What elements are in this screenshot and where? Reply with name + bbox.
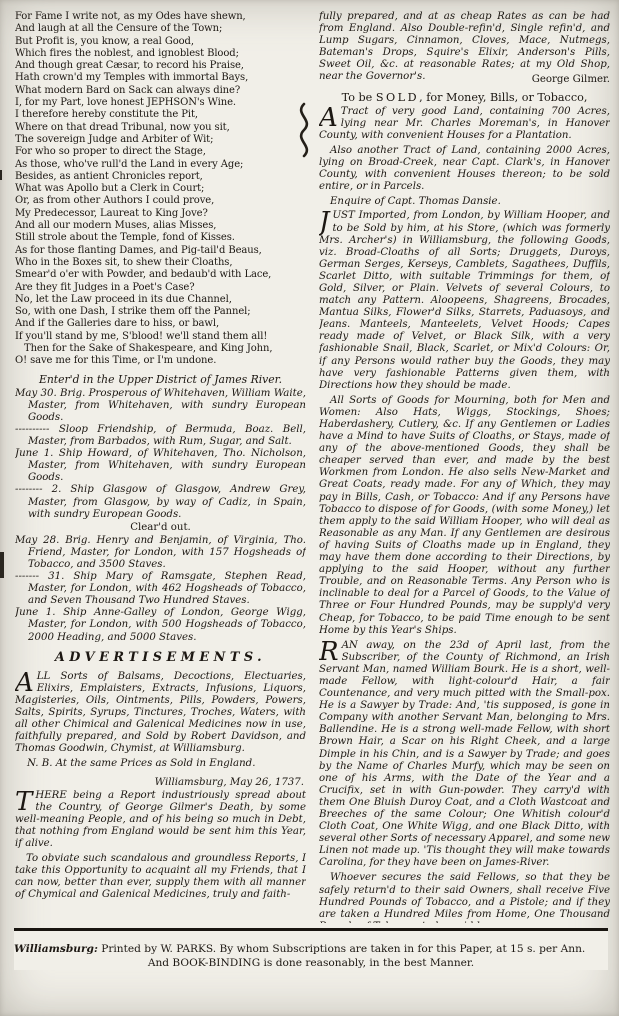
land-enquire-line: Enquire of Capt. Thomas Dansie. bbox=[319, 196, 610, 208]
poem-line: And all our modern Muses, alias Misses, bbox=[15, 220, 306, 232]
poem-line: But Profit is, you know, a real Good, bbox=[15, 36, 306, 48]
runaway-reward-paragraph: Whoever secures the said Fellows, so tha… bbox=[319, 872, 610, 923]
poem-line: Besides, as antient Chronicles report, bbox=[15, 171, 306, 183]
poem-line: What modern Bard on Sack can always dine… bbox=[15, 85, 306, 97]
poem-line: No, let the Law proceed in its due Chann… bbox=[15, 294, 306, 306]
ship-entry: May 28. Brig. Henry and Benjamin, of Vir… bbox=[15, 535, 306, 571]
poem-line: Then for the Sake of Shakespeare, and Ki… bbox=[15, 343, 306, 355]
prologue-poem: For Fame I write not, as my Odes have sh… bbox=[15, 11, 306, 368]
heading-prefix: To be bbox=[342, 91, 376, 104]
runaway-ad-paragraph: RAN away, on the 23d of April last, from… bbox=[319, 640, 610, 870]
shipping-entered-heading: Enter'd in the Upper District of James R… bbox=[15, 374, 306, 386]
poem-line: O! save me for this Time, or I'm undone. bbox=[15, 355, 306, 367]
imprint-text: Printed by W. PARKS. By whom Subscriptio… bbox=[98, 943, 585, 955]
poem-line: Still strole about the Temple, fond of K… bbox=[15, 232, 306, 244]
poem-line: If you'll stand by me, S'blood! we'll st… bbox=[15, 331, 306, 343]
poem-line: What was Apollo but a Clerk in Court; bbox=[15, 183, 306, 195]
land-ad2-paragraph: Also another Tract of Land, containing 2… bbox=[319, 145, 610, 193]
gilmer-continuation-paragraph: fully prepared, and at as cheap Rates as… bbox=[319, 11, 610, 84]
ship-entry: June 1. Ship Anne-Galley of London, Geor… bbox=[15, 607, 306, 643]
advertisements-heading: ADVERTISEMENTS. bbox=[15, 652, 306, 664]
scan-artifact bbox=[0, 552, 4, 578]
drop-cap: R bbox=[319, 640, 342, 663]
dateline: Williamsburg, May 26, 1737. bbox=[15, 777, 304, 789]
hooper-ad-text: UST Imported, from London, by William Ho… bbox=[319, 210, 610, 390]
poem-line: Smear'd o'er with Powder, and bedaub'd w… bbox=[15, 269, 306, 281]
drop-cap: A bbox=[15, 671, 37, 694]
poem-line: Who in the Boxes sit, to shew their Cloa… bbox=[15, 257, 306, 269]
gilmer-report-paragraph: THERE being a Report industriously sprea… bbox=[15, 790, 306, 850]
footer-rule bbox=[14, 928, 608, 931]
medicines-ad-paragraph: ALL Sorts of Balsams, Decoctions, Electu… bbox=[15, 671, 306, 756]
poem-line: And laugh at all the Censure of the Town… bbox=[15, 23, 306, 35]
right-column: fully prepared, and at as cheap Rates as… bbox=[319, 11, 610, 923]
hooper-ad2-paragraph: All Sorts of Goods for Mourning, both fo… bbox=[319, 395, 610, 637]
poem-line: Or, as from other Authors I could prove, bbox=[15, 195, 306, 207]
ship-entry: ---------- Sloop Friendship, of Bermuda,… bbox=[15, 424, 306, 448]
ship-entry: June 1. Ship Howard, of Whitehaven, Tho.… bbox=[15, 448, 306, 484]
poem-line: And if the Galleries dare to hiss, or ba… bbox=[15, 318, 306, 330]
poem-line: My Predecessor, Laureat to King Jove? bbox=[15, 208, 306, 220]
land-ad-paragraph: ATract of very good Land, containing 700… bbox=[319, 106, 610, 142]
heading-caps: SOLD bbox=[376, 91, 419, 104]
poem-line: I, for my Part, love honest JEPHSON's Wi… bbox=[15, 97, 306, 109]
imprint-footer: Williamsburg: Printed by W. PARKS. By wh… bbox=[14, 928, 608, 970]
runaway-ad-text: AN away, on the 23d of April last, from … bbox=[319, 640, 610, 869]
poem-line: I therefore hereby constitute the Pit, bbox=[15, 109, 306, 121]
poem-line: Are they fit Judges in a Poet's Case? bbox=[15, 282, 306, 294]
ship-entry: ------- 31. Ship Mary of Ramsgate, Steph… bbox=[15, 571, 306, 607]
drop-cap: T bbox=[15, 790, 35, 813]
left-column: For Fame I write not, as my Odes have sh… bbox=[15, 11, 306, 923]
poem-line: The sovereign Judge and Arbiter of Wit; bbox=[15, 134, 306, 146]
poem-line: For Fame I write not, as my Odes have sh… bbox=[15, 11, 306, 23]
gilmer-reply-paragraph: To obviate such scandalous and groundles… bbox=[15, 853, 306, 901]
shipping-cleared-heading: Clear'd out. bbox=[15, 522, 306, 534]
newspaper-page: For Fame I write not, as my Odes have sh… bbox=[0, 0, 619, 1016]
imprint-line2: And BOOK-BINDING is done reasonably, in … bbox=[14, 957, 608, 971]
nota-bene-line: N. B. At the same Prices as Sold in Engl… bbox=[15, 758, 306, 770]
poem-line: Hath crown'd my Temples with immortal Ba… bbox=[15, 72, 306, 84]
ship-entry: May 30. Brig. Prosperous of Whitehaven, … bbox=[15, 388, 306, 424]
land-sale-heading: To be SOLD, for Money, Bills, or Tobacco… bbox=[319, 92, 610, 104]
ship-entry: -------- 2. Ship Glasgow of Glasgow, And… bbox=[15, 484, 306, 520]
drop-cap: J bbox=[319, 210, 332, 233]
hooper-ad-paragraph: JUST Imported, from London, by William H… bbox=[319, 210, 610, 391]
shipping-cleared-list: May 28. Brig. Henry and Benjamin, of Vir… bbox=[15, 535, 306, 644]
poem-line: And though great Cæsar, to record his Pr… bbox=[15, 60, 306, 72]
medicines-ad-text: LL Sorts of Balsams, Decoctions, Electua… bbox=[15, 671, 306, 755]
land-ad-text: Tract of very good Land, containing 700 … bbox=[319, 106, 610, 141]
poem-line: Where on that dread Tribunal, now you si… bbox=[15, 122, 306, 134]
poem-line: Which fires the noblest, and ignoblest B… bbox=[15, 48, 306, 60]
scan-artifact bbox=[0, 170, 2, 180]
poem-line: For who so proper to direct the Stage, bbox=[15, 146, 306, 158]
poem-line: As for those flanting Dames, and Pig-tai… bbox=[15, 245, 306, 257]
imprint-place: Williamsburg: bbox=[14, 943, 98, 955]
heading-suffix: , for Money, Bills, or Tobacco, bbox=[419, 91, 587, 104]
shipping-entered-list: May 30. Brig. Prosperous of Whitehaven, … bbox=[15, 388, 306, 521]
poem-line: As those, who've rull'd the Land in ever… bbox=[15, 159, 306, 171]
gilmer-report-text: HERE being a Report industriously spread… bbox=[15, 790, 306, 849]
poem-line: So, with one Dash, I strike them off the… bbox=[15, 306, 306, 318]
drop-cap: A bbox=[319, 106, 341, 129]
imprint-line1: Williamsburg: Printed by W. PARKS. By wh… bbox=[14, 943, 608, 957]
